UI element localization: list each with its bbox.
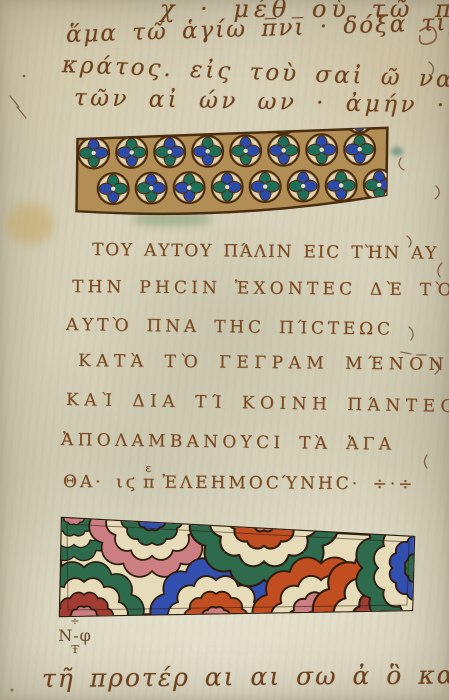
text-line: ἈΠΟΛΑΜΒΑΝΟΥCΙ ΤᾺ ἈΓΑ (61, 430, 396, 455)
mark-letters: Ν-φ (52, 628, 98, 645)
title-text: ἘΛΕΗΜΟCΎΝΗC· ÷·÷ (162, 473, 415, 495)
text-line: ΤΗΝ ΡΗCΙΝ ἘΧΟΝΤΕC ΔῈ ΤῸ (72, 277, 449, 300)
superscript-letter: ε (145, 462, 151, 475)
text-line: ΘΑ· ιϛπεἘΛΕΗΜΟCΎΝΗC· ÷·÷ (63, 472, 416, 494)
text-line: ΑΥΤῸ ΠΝΑ ΤΗC ΠΊCΤΕΩC (66, 315, 394, 340)
chapter-ref: ΘΑ· ιϛ (63, 472, 138, 493)
text-line: ΚΑΤᾺ ΤῸ ΓΕΓΡΑΜ ΜΈΝΟΝ· (78, 351, 449, 375)
peri-abbreviation: πε (143, 473, 157, 493)
mark-below: Ŧ (52, 644, 98, 656)
text-line: ΚΑῚ ΔΙΑ ΤΊ ΚΟΙΝΗ ΠΆΝΤΕC (66, 390, 449, 417)
text-line: τῆ προτέρ αι αι σω ἀ ὃ καὶ (42, 660, 449, 693)
scallop-ornament-band (56, 510, 420, 622)
paint-speck (391, 147, 403, 156)
manuscript-photo: χ̅ · μέθ οὑ τῶ π̅ρι̅ ἅμα τῶ ἁγίω π̅νι̅ ·… (0, 0, 449, 700)
quire-signature-mark: ÷ Ν-φ Ŧ (52, 616, 98, 656)
text-line: ΤΟΥ ΑΥΤΟΥ ΠΆΛΙΝ ΕΙC ΤῊΝ ΑΥ (92, 240, 438, 264)
stain (6, 203, 54, 245)
quatrefoil-ornament-band (73, 123, 392, 225)
